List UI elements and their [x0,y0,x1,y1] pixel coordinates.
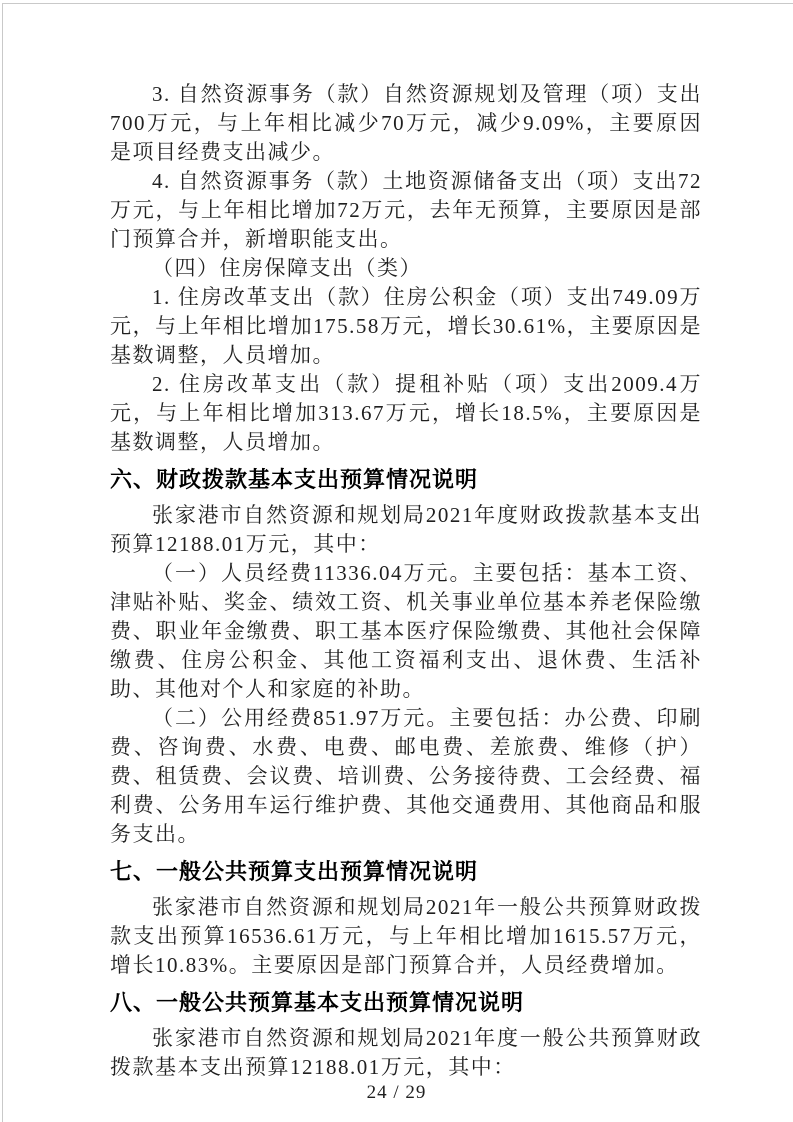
section-heading-8: 八、一般公共预算基本支出预算情况说明 [110,988,702,1018]
document-body: 3. 自然资源事务（款）自然资源规划及管理（项）支出700万元，与上年相比减少7… [110,80,702,1082]
page-top-edge-line [2,3,793,4]
page-number: 24 / 29 [0,1082,793,1104]
paragraph-section8-intro: 张家港市自然资源和规划局2021年度一般公共预算财政拨款基本支出预算12188.… [110,1024,702,1082]
page-left-edge-line [2,3,3,1122]
document-page: 3. 自然资源事务（款）自然资源规划及管理（项）支出700万元，与上年相比减少7… [0,0,793,1122]
section-heading-6: 六、财政拨款基本支出预算情况说明 [110,465,702,495]
paragraph-expense-item-3: 3. 自然资源事务（款）自然资源规划及管理（项）支出700万元，与上年相比减少7… [110,80,702,167]
paragraph-housing-item-1: 1. 住房改革支出（款）住房公积金（项）支出749.09万元，与上年相比增加17… [110,283,702,370]
paragraph-subsection-housing: （四）住房保障支出（类） [110,254,702,283]
paragraph-housing-item-2: 2. 住房改革支出（款）提租补贴（项）支出2009.4万元，与上年相比增加313… [110,370,702,457]
section-heading-7: 七、一般公共预算支出预算情况说明 [110,857,702,887]
paragraph-section6-intro: 张家港市自然资源和规划局2021年度财政拨款基本支出预算12188.01万元，其… [110,501,702,559]
paragraph-section7-intro: 张家港市自然资源和规划局2021年一般公共预算财政拨款支出预算16536.61万… [110,893,702,980]
paragraph-personnel-funds: （一）人员经费11336.04万元。主要包括：基本工资、津贴补贴、奖金、绩效工资… [110,559,702,704]
paragraph-public-funds: （二）公用经费851.97万元。主要包括：办公费、印刷费、咨询费、水费、电费、邮… [110,704,702,849]
paragraph-expense-item-4: 4. 自然资源事务（款）土地资源储备支出（项）支出72万元，与上年相比增加72万… [110,167,702,254]
